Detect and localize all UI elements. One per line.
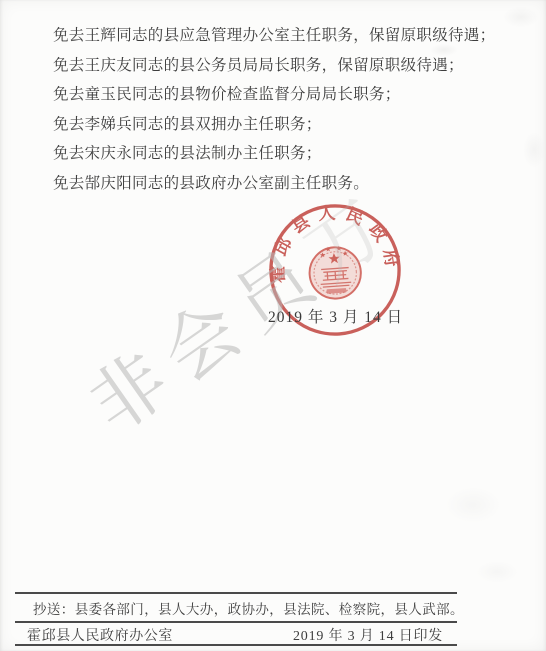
body-paragraph: 免去宋庆永同志的县法制办主任职务； [53, 139, 535, 169]
seal-date: 2019 年 3 月 14 日 [268, 305, 403, 327]
body-paragraph: 免去王辉同志的县应急管理办公室主任职务，保留原职级待遇； [53, 21, 535, 51]
body-paragraph: 免去李娣兵同志的县双拥办主任职务； [53, 110, 535, 140]
body-paragraph: 免去郜庆阳同志的县政府办公室副主任职务。 [53, 169, 535, 199]
footer-rule-middle [15, 621, 457, 623]
issuer-office: 霍邱县人民政府办公室 [27, 625, 173, 645]
body-paragraph: 免去王庆友同志的县公务员局局长职务，保留原职级待遇； [53, 51, 535, 81]
document-body: 免去王辉同志的县应急管理办公室主任职务，保留原职级待遇； 免去王庆友同志的县公务… [53, 21, 535, 199]
cc-distribution-line: 抄送：县委各部门，县人大办，政协办，县法院、检察院，县人武部。 [33, 598, 464, 618]
document-page: 免去王辉同志的县应急管理办公室主任职务，保留原职级待遇； 免去王庆友同志的县公务… [0, 0, 546, 651]
footer-rule-bottom [15, 644, 457, 646]
body-paragraph: 免去童玉民同志的县物价检查监督分局局长职务； [53, 80, 535, 110]
footer-rule-top [15, 592, 457, 594]
national-emblem-icon [308, 244, 363, 300]
print-date: 2019 年 3 月 14 日印发 [293, 625, 443, 645]
